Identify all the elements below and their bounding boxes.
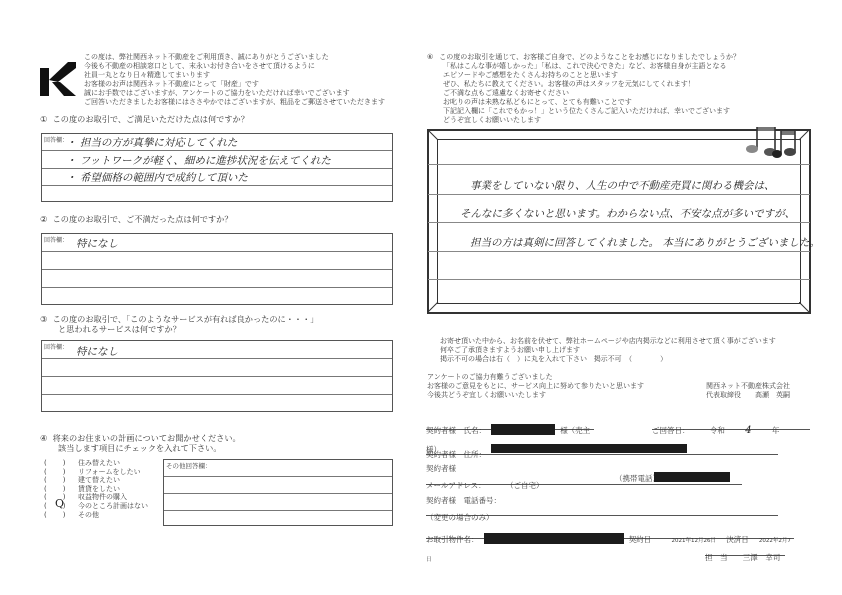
q2-answer-box[interactable]: 回答欄： 特になし: [41, 233, 393, 305]
q1-answer-1: ・ 担当の方が真摯に対応してくれた: [66, 135, 237, 150]
answer-label: 回答欄：: [44, 135, 68, 144]
redacted-name: [491, 424, 555, 435]
name-field[interactable]: 契約者様 氏名： 様（売主様）: [426, 418, 594, 430]
q1-answer-2: ・ フットワークが軽く、細めに進捗状況を伝えてくれた: [66, 153, 331, 168]
settlement-label: 決済日: [726, 535, 749, 544]
q3-title: ③ この度のお取引で、「このようなサービスが有れば良かったのに・・・」 と思われ…: [40, 314, 319, 334]
answer-label: 回答欄：: [44, 342, 68, 351]
email-label: メールアドレス：: [426, 481, 486, 490]
q3-answer-box[interactable]: 回答欄： 特になし: [41, 340, 393, 412]
checkbox-paren[interactable]: (): [44, 468, 78, 477]
option-label: 住み替えたい: [78, 459, 120, 467]
q1-answer-3: ・ 希望価格の範囲内で成約して頂いた: [66, 170, 248, 185]
era-label: 令和: [710, 426, 725, 435]
redacted-mobile: [654, 472, 730, 482]
other-answer-label: その他回答欄：: [166, 461, 212, 470]
intro-text: この度は、弊社関西ネット不動産をご利用頂き、誠にありがとうございました 今後も不…: [84, 53, 385, 107]
redacted-address: [491, 444, 687, 453]
q5-answer-frame[interactable]: 事業をしていない限り、人生の中で不動産売買に関わる機会は、 そんなに多くないと思…: [427, 129, 811, 314]
staff-label: 担 当: [705, 553, 728, 562]
checkbox-paren[interactable]: (): [44, 485, 78, 494]
phone-note: （変更の場合のみ）: [426, 513, 494, 522]
q4-option[interactable]: ()Q今のところ計画はない: [44, 502, 148, 511]
music-notes-icon: [743, 125, 799, 159]
option-label: 賃貸をしたい: [78, 485, 120, 493]
address-label: 契約者様 住所：: [426, 450, 486, 459]
year-unit: 年: [772, 426, 780, 435]
option-label: リフォームをしたい: [78, 468, 141, 476]
property-label: お取引物件名：: [426, 535, 479, 544]
checkbox-paren[interactable]: (): [44, 511, 78, 520]
q4-option[interactable]: ()住み替えたい: [44, 459, 148, 468]
phone-field[interactable]: （変更の場合のみ）: [426, 505, 778, 516]
q1-answer-box[interactable]: 回答欄： ・ 担当の方が真摯に対応してくれた ・ フットワークが軽く、細めに進捗…: [41, 133, 393, 202]
email-home-label: （ご自宅）: [506, 481, 544, 490]
checkbox-paren[interactable]: (): [44, 459, 78, 468]
answer-label: 回答欄：: [44, 235, 68, 244]
property-field[interactable]: お取引物件名： 契約日 2021年12月26日 決済日 2022年2月7日: [426, 527, 794, 539]
redacted-property: [484, 533, 624, 544]
checkbox-paren[interactable]: ()Q: [44, 502, 78, 511]
contract-date-label: 契約日: [629, 535, 652, 544]
q4-title: ④ 将来のお住まいの計画についてお聞かせください。 該当します項目にチェックを入…: [40, 433, 241, 453]
option-label: 建て替えたい: [78, 476, 120, 484]
frame-corner: [799, 302, 811, 314]
thanks-text: アンケートのご協力有難うございました お客様のご意見をもとに、サービス向上に努め…: [427, 373, 644, 400]
q5-answer-line-3: 担当の方は真剣に回答してくれました。 本当にありがとうございました。: [470, 235, 820, 250]
q2-answer: 特になし: [76, 236, 118, 251]
q4-options: ()住み替えたい()リフォームをしたい()建て替えたい()賃貸をしたい()収益物…: [44, 459, 148, 519]
q5-answer-line-1: 事業をしていない限り、人生の中で不動産売買に関わる機会は、: [470, 178, 775, 193]
q4-option[interactable]: ()建て替えたい: [44, 476, 148, 485]
q1-title: ① この度のお取引で、ご満足いただけた点は何ですか？: [40, 114, 249, 124]
staff-field: 担 当 三澤 幸司: [705, 545, 785, 556]
check-mark: Q: [55, 500, 64, 509]
q5-answer-line-2: そんなに多くないと思います。わからない点、不安な点が多いですが、: [460, 206, 795, 221]
email-field[interactable]: メールアドレス： （ご自宅） （携帯電話）: [426, 473, 742, 485]
q3-answer: 特になし: [76, 344, 118, 359]
address-field[interactable]: 契約者様 住所：: [426, 442, 778, 455]
company-signature: 関西ネット不動産株式会社 代表取締役 高瀬 英嗣: [706, 382, 790, 400]
q4-option[interactable]: ()リフォームをしたい: [44, 468, 148, 477]
reply-date-label: ご回答日：: [652, 426, 690, 435]
frame-corner: [427, 129, 439, 141]
reply-date-field[interactable]: ご回答日： 令和 4 年 2 月: [652, 418, 810, 430]
frame-corner: [799, 129, 811, 141]
name-label: 契約者様 氏名：: [426, 426, 486, 435]
k-logo-icon: [40, 60, 76, 96]
q5-intro: ⑥この度のお取引を通じて、お客様ご自身で、どのようなことをお感じになりましたでし…: [427, 53, 740, 125]
publish-notice: お寄せ頂いた中から、お名前を伏せて、弊社ホームページや店内掲示などに利用させて頂…: [440, 337, 776, 364]
q4-other-answer-box[interactable]: その他回答欄：: [163, 459, 393, 526]
q4-option[interactable]: ()その他: [44, 511, 148, 520]
contract-date: 2021年12月26日: [672, 538, 717, 544]
option-label: その他: [78, 511, 99, 519]
staff-name: 三澤 幸司: [743, 553, 781, 562]
option-label: 今のところ計画はない: [78, 502, 148, 510]
frame-corner: [427, 302, 439, 314]
reply-year: 4: [745, 425, 751, 436]
checkbox-paren[interactable]: (): [44, 476, 78, 485]
q2-title: ② この度のお取引で、ご不満だった点は何ですか？: [40, 214, 233, 224]
opt-out-field[interactable]: 掲示不可 （ ）: [594, 355, 668, 363]
option-label: 収益物件の購入: [78, 493, 127, 501]
